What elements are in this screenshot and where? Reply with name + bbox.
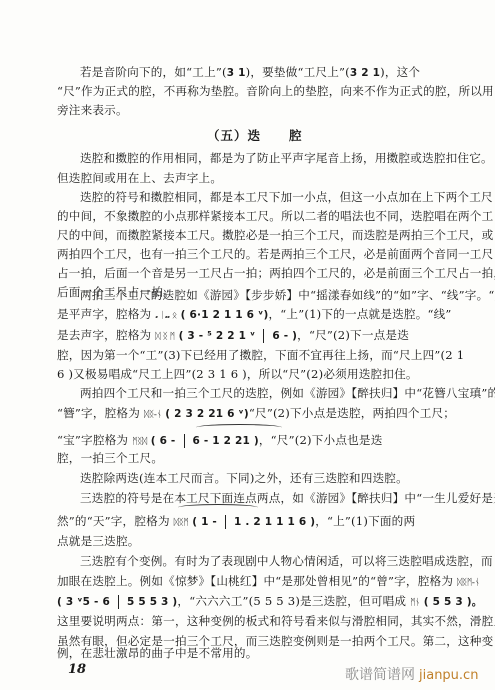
- bar-line: [184, 434, 185, 448]
- text: )，这个: [380, 65, 420, 79]
- jianpu-notation: ( 2 3 2 21 6 ᵛ): [165, 408, 249, 420]
- text-line: 两拍四个工尺和一拍三个工尺的迭腔，例如《游园》【醉扶归】中“花簪八宝瑱”的: [80, 385, 437, 401]
- slur-mark: [196, 424, 282, 431]
- text-line: 迭腔的符号和擞腔相同，都是本工尺下加一小点，但这一小点加在上下两个工尺: [80, 189, 437, 205]
- text-line: 迭腔和擞腔的作用相同，都是为了防止平声字尾音上扬，用擞腔或迭腔扣住它。: [80, 150, 437, 166]
- watermark-domain: jianpu.cn: [419, 668, 478, 683]
- text: “簪”字，腔格为: [57, 406, 140, 420]
- gongche-notation: ᛞᛝᛗ: [174, 518, 189, 528]
- bar-line: [263, 329, 264, 343]
- text: 加眼在迭腔上。例如《惊梦》【山桃红】中“是那处曾相见”的“曾”字，腔格为: [57, 574, 453, 588]
- gongche-notation: ᛞᛝ-ᚾ: [144, 410, 161, 420]
- jianpu-notation: 6 - ): [272, 330, 297, 342]
- text-line: 三迭腔有个变例。有时为了表现剧中人物心情闲适，可以将三迭腔唱成迭腔，而: [80, 553, 437, 569]
- text-line: 旁注来表示。: [57, 102, 437, 118]
- text-line: “宝”字腔格为 ᛗᛝᛞ ( 6 -6 - 1 2 21 )，“尺”(2)下小点也…: [57, 432, 437, 450]
- gongche-notation: ᛗᛝᛞ: [132, 437, 147, 447]
- text-line: 若是音阶向下的，如“工上”(3 1)，要垫做“工尺上”(3 2 1)，这个: [80, 64, 437, 81]
- heading-number: （五）: [207, 128, 248, 143]
- bar-line: [118, 595, 119, 609]
- jianpu-notation: ( 3 ᵛ5 - 6: [57, 596, 110, 608]
- text: “尺”(2)下小点是迭腔，两拍四个工尺；: [249, 406, 455, 420]
- jianpu-notation: ( 3 - ⁵ 2 2 1 ᵛ: [179, 330, 256, 342]
- text-line: 加眼在迭腔上。例如《惊梦》【山桃红】中“是那处曾相见”的“曾”字，腔格为 ᛞᛝᛗ…: [57, 573, 437, 591]
- text: ，“尺”(2)下一点是迭: [297, 328, 409, 342]
- bar-line: [225, 515, 226, 529]
- text: ，“上”(1)下面的两: [315, 514, 415, 528]
- text-line: 这里要说明两点：第一，这种变例的板式和符号看来似与滑腔相同，其实不然，滑腔上: [57, 613, 437, 629]
- text: 是去声字，腔格为: [57, 328, 151, 342]
- text-line: 然”的“天”字，腔格为 ᛞᛝᛗ ( 1 -1 . 2 1 1 1 6 )，“上”…: [57, 513, 437, 531]
- text-line: 6 )又极易唱成“尺工上四”(2 3 1 6 )，所以“尺”(2)必须用迭腔扣住…: [57, 366, 437, 382]
- jianpu-notation: 1 . 2 1 1 1 6 ): [234, 516, 315, 528]
- text: “宝”字腔格为: [57, 433, 128, 447]
- jianpu-notation: ( 1 -: [192, 516, 217, 528]
- text-line: 点就是三迭腔。: [57, 533, 437, 549]
- text-line: 的中间，不象擞腔的小点那样紧接本工尺。所以二者的唱法也不同，迭腔唱在两个工: [57, 208, 437, 224]
- jianpu-notation: ( 6·1 2 1 1 6 ᵛ): [181, 309, 269, 321]
- text-line: 尺的中间，而擞腔紧接本工尺。擞腔必是一拍三个工尺，而迭腔是两拍三个工尺，或: [57, 227, 437, 243]
- jianpu-notation: 6 - 1 2 21 ): [193, 435, 259, 447]
- text-line: 两拍四个工尺，也有一拍三个工尺的。若是两拍三个工尺，必是前面两个音同一工尺: [57, 246, 437, 262]
- section-heading: （五）迭腔: [207, 126, 303, 144]
- gongche-notation: ᛞ ᛝ ᛗ: [155, 332, 174, 342]
- text-line: 例，在悲壮激昂的曲子中是不常用的。: [57, 645, 437, 661]
- book-page: 若是音阶向下的，如“工上”(3 1)，要垫做“工尺上”(3 2 1)，这个 “尺…: [0, 0, 495, 690]
- text-line: 腔，一拍三个工尺。: [57, 450, 437, 466]
- gongche-notation: ᛗᚾ: [410, 598, 420, 608]
- text-line: “簪”字，腔格为 ᛞᛝ-ᚾ ( 2 3 2 21 6 ᵛ)“尺”(2)下小点是迭…: [57, 405, 437, 423]
- heading-word: 迭: [248, 128, 262, 143]
- text: 然”的“天”字，腔格为: [57, 514, 170, 528]
- text: 是平声字，腔格为: [57, 307, 151, 321]
- page-number: 18: [68, 662, 86, 677]
- gongche-notation: 𝅘 ᛁ𝅘𝅘 ᛟ: [155, 311, 177, 321]
- watermark-text: 歌谱简谱网: [345, 667, 415, 683]
- heading-word: 腔: [289, 128, 303, 143]
- text-line: 是去声字，腔格为 ᛞ ᛝ ᛗ ( 3 - ⁵ 2 2 1 ᵛ6 - )，“尺”(…: [57, 327, 437, 345]
- jianpu-notation: 3 1: [227, 67, 246, 79]
- text: ，“上”(1)下的一点就是迭腔。“线”: [269, 307, 452, 321]
- text-line: 腔，因为第一个“工”(3)下已经用了擞腔，下面不宜再往上扬，而“尺上四”(2 1: [57, 347, 437, 363]
- slur-mark: [178, 504, 258, 511]
- text-line: 但迭腔间或用在上、去声字上。: [57, 170, 437, 186]
- text-line: “尺”作为正式的腔，不再称为垫腔。音阶向上的垫腔，向来不作为正式的腔，所以用: [57, 83, 437, 99]
- text: 若是音阶向下的，如“工上”(: [80, 65, 227, 79]
- watermark: 歌谱简谱网jianpu.cn: [345, 664, 478, 684]
- text: ，“尺”(2)下小点也是迭: [259, 433, 383, 447]
- text: )，要垫做“工尺上”(: [246, 65, 350, 79]
- jianpu-notation: 3 2 1: [350, 67, 380, 79]
- jianpu-notation: 5 5 5 3 ): [127, 596, 177, 608]
- jianpu-notation: ( 6 -: [151, 435, 176, 447]
- text-line: 三迭腔的符号是在本工尺下面连点两点，如《游园》【醉扶归】中“一生儿爱好是天: [80, 490, 437, 506]
- text-line: ( 3 ᵛ5 - 65 5 5 3 )，“六六六工”(5 5 5 3)是三迭腔，…: [57, 593, 437, 611]
- text-line: 两拍三个工尺的迭腔如《游园》【步步娇】中“摇漾春如线”的“如”字、“线”字。“如…: [80, 287, 437, 303]
- text-line: 占一拍，后面一个音是另一工尺占一拍；两拍四个工尺的，必是前面三个工尺占一拍，: [57, 265, 437, 281]
- gongche-notation: ᛞᛝᛗ-ᚾ: [457, 578, 479, 588]
- text-line: 是平声字，腔格为 𝅘 ᛁ𝅘𝅘 ᛟ ( 6·1 2 1 1 6 ᵛ)，“上”(1)…: [57, 306, 437, 324]
- jianpu-notation: ( 5 5 3 )。: [424, 596, 483, 608]
- text: ，“六六六工”(5 5 5 3)是三迭腔，但可唱成: [177, 594, 406, 608]
- text-line: 迭腔除两迭(连本工尺而言。下同)之外，还有三迭腔和四迭腔。: [80, 470, 437, 486]
